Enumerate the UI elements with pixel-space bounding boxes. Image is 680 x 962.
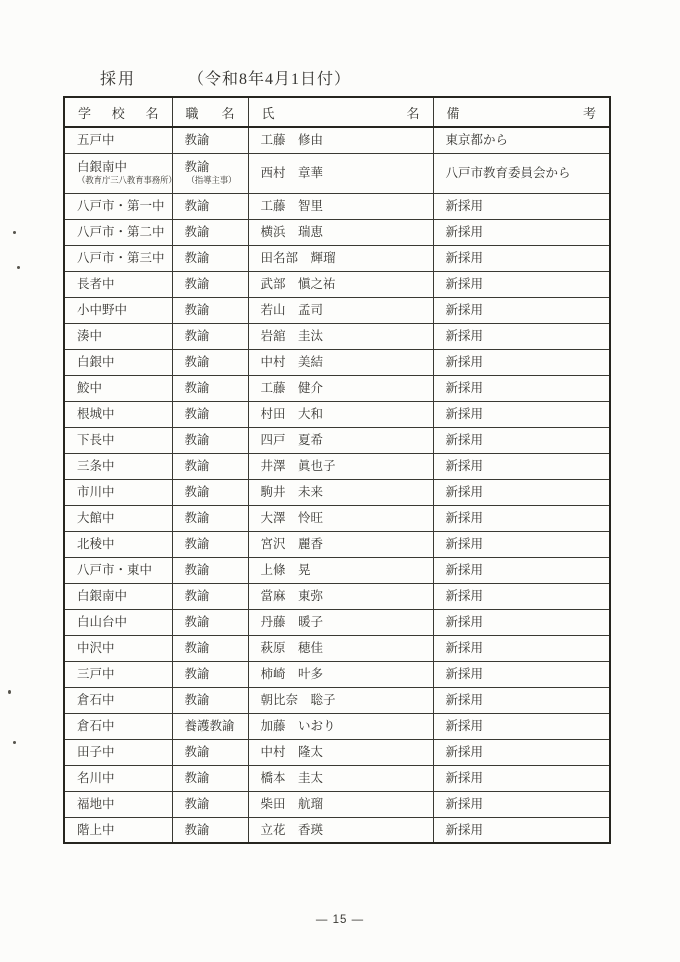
cell-remarks: 新採用 [433,297,610,323]
school-name: 白銀南中 [77,589,127,603]
cell-remarks: 新採用 [433,791,610,817]
position-title: 教諭 [185,745,210,759]
table-row: 湊中 教諭 岩舘 圭汰 新採用 [64,323,610,349]
school-name: 階上中 [77,823,115,837]
cell-remarks: 新採用 [433,349,610,375]
cell-position: 教諭 [172,505,248,531]
person-name: 上條 晃 [261,563,311,577]
remark-text: 新採用 [446,407,484,421]
cell-school: 福地中 [64,791,172,817]
remark-text: 新採用 [446,433,484,447]
school-name: 倉石中 [77,693,115,707]
school-name: 北稜中 [77,537,115,551]
cell-position: 教諭 [172,739,248,765]
cell-position: 教諭 [172,297,248,323]
cell-name: 村田 大和 [248,401,433,427]
remark-text: 新採用 [446,823,484,837]
position-title: 教諭 [185,797,210,811]
cell-school: 白銀中 [64,349,172,375]
table-row: 八戸市・第三中 教諭 田名部 輝瑠 新採用 [64,245,610,271]
cell-remarks: 新採用 [433,557,610,583]
cell-remarks: 新採用 [433,375,610,401]
document-page: 採用（令和8年4月1日付） 学 校 名 職 名 氏 名 備 考 五戸中 教諭 工… [0,0,680,962]
cell-remarks: 新採用 [433,739,610,765]
cell-position: 教諭 [172,427,248,453]
cell-school: 根城中 [64,401,172,427]
person-name: 大澤 怜旺 [261,511,324,525]
position-title: 教諭 [185,615,210,629]
table-row: 五戸中 教諭 工藤 修由 東京都から [64,127,610,153]
cell-remarks: 新採用 [433,635,610,661]
cell-school: 名川中 [64,765,172,791]
cell-school: 階上中 [64,817,172,843]
cell-school: 下長中 [64,427,172,453]
table-row: 小中野中 教諭 若山 孟司 新採用 [64,297,610,323]
remark-text: 新採用 [446,797,484,811]
cell-position: 教諭 [172,193,248,219]
remark-text: 新採用 [446,667,484,681]
school-name: 白銀南中 [77,160,127,174]
cell-school: 倉石中 [64,687,172,713]
school-name: 長者中 [77,277,115,291]
cell-name: 横浜 瑞恵 [248,219,433,245]
cell-name: 工藤 智里 [248,193,433,219]
cell-position: 教諭 [172,609,248,635]
position-title: 教諭 [185,511,210,525]
table-row: 田子中 教諭 中村 隆太 新採用 [64,739,610,765]
position-title: 教諭 [185,277,210,291]
remark-text: 新採用 [446,771,484,785]
table-row: 八戸市・第一中 教諭 工藤 智里 新採用 [64,193,610,219]
header-row: 学 校 名 職 名 氏 名 備 考 [64,97,610,127]
table-row: 八戸市・第二中 教諭 横浜 瑞恵 新採用 [64,219,610,245]
section-title: 採用（令和8年4月1日付） [100,66,351,89]
school-name: 三戸中 [77,667,115,681]
person-name: 田名部 輝瑠 [261,251,336,265]
cell-school: 五戸中 [64,127,172,153]
table-row: 福地中 教諭 柴田 航瑠 新採用 [64,791,610,817]
person-name: 西村 章華 [261,166,324,180]
cell-name: 工藤 健介 [248,375,433,401]
person-name: 當麻 東弥 [261,589,324,603]
position-title: 教諭 [185,407,210,421]
cell-position: 教諭 [172,661,248,687]
school-name: 八戸市・第二中 [77,225,165,239]
header-remarks: 備 考 [433,97,610,127]
header-position: 職 名 [172,97,248,127]
position-title: 教諭 [185,667,210,681]
cell-school: 白銀南中 [64,583,172,609]
cell-name: 橋本 圭太 [248,765,433,791]
table-row: 北稜中 教諭 宮沢 麗香 新採用 [64,531,610,557]
person-name: 萩原 穂佳 [261,641,324,655]
school-name: 白山台中 [77,615,127,629]
cell-name: 田名部 輝瑠 [248,245,433,271]
person-name: 工藤 健介 [261,381,324,395]
cell-position: 教諭 [172,349,248,375]
cell-name: 駒井 未来 [248,479,433,505]
cell-school: 北稜中 [64,531,172,557]
table-row: 鮫中 教諭 工藤 健介 新採用 [64,375,610,401]
position-title: 教諭 [185,563,210,577]
cell-name: 萩原 穂佳 [248,635,433,661]
person-name: 中村 隆太 [261,745,324,759]
cell-remarks: 新採用 [433,219,610,245]
remark-text: 新採用 [446,641,484,655]
cell-school: 大館中 [64,505,172,531]
cell-remarks: 新採用 [433,271,610,297]
person-name: 宮沢 麗香 [261,537,324,551]
cell-name: 中村 美結 [248,349,433,375]
cell-position: 教諭 [172,765,248,791]
cell-school: 湊中 [64,323,172,349]
school-name: 八戸市・東中 [77,563,152,577]
cell-remarks: 新採用 [433,609,610,635]
person-name: 橋本 圭太 [261,771,324,785]
cell-position: 教諭 [172,127,248,153]
school-name: 田子中 [77,745,115,759]
cell-school: 八戸市・第二中 [64,219,172,245]
person-name: 柴田 航瑠 [261,797,324,811]
table-row: 中沢中 教諭 萩原 穂佳 新採用 [64,635,610,661]
position-title: 教諭 [185,225,210,239]
cell-name: 宮沢 麗香 [248,531,433,557]
remark-text: 新採用 [446,329,484,343]
remark-text: 新採用 [446,355,484,369]
cell-position: 教諭 [172,271,248,297]
table-row: 倉石中 教諭 朝比奈 聡子 新採用 [64,687,610,713]
cell-remarks: 新採用 [433,245,610,271]
remark-text: 新採用 [446,459,484,473]
person-name: 工藤 智里 [261,199,324,213]
position-title: 教諭 [185,133,210,147]
title-text: 採用 [100,71,136,88]
school-name: 三条中 [77,459,115,473]
header-name: 氏 名 [248,97,433,127]
cell-school: 八戸市・第一中 [64,193,172,219]
position-title: 教諭 [185,823,210,837]
remark-text: 新採用 [446,485,484,499]
cell-remarks: 新採用 [433,687,610,713]
remark-text: 新採用 [446,251,484,265]
scan-artifact [13,741,16,744]
remark-text: 新採用 [446,511,484,525]
person-name: 武部 愼之祐 [261,277,336,291]
cell-position: 教諭 [172,557,248,583]
cell-name: 丹藤 暖子 [248,609,433,635]
table-row: 大館中 教諭 大澤 怜旺 新採用 [64,505,610,531]
cell-school: 八戸市・東中 [64,557,172,583]
remark-text: 新採用 [446,615,484,629]
remark-text: 新採用 [446,537,484,551]
cell-position: 教諭 [172,687,248,713]
person-name: 丹藤 暖子 [261,615,324,629]
cell-position: 教諭 [172,401,248,427]
remark-text: 新採用 [446,199,484,213]
position-title: 教諭 [185,771,210,785]
cell-remarks: 新採用 [433,479,610,505]
person-name: 柿崎 叶多 [261,667,324,681]
cell-position: 教諭（指導主事） [172,153,248,193]
person-name: 立花 香瑛 [261,823,324,837]
cell-name: 大澤 怜旺 [248,505,433,531]
table-row: 名川中 教諭 橋本 圭太 新採用 [64,765,610,791]
position-title: 教諭 [185,329,210,343]
remark-text: 新採用 [446,693,484,707]
cell-school: 田子中 [64,739,172,765]
cell-school: 市川中 [64,479,172,505]
position-title: 教諭 [185,251,210,265]
school-name: 小中野中 [77,303,127,317]
position-title: 教諭 [185,641,210,655]
position-title: 教諭 [185,160,210,174]
cell-school: 三条中 [64,453,172,479]
school-name: 中沢中 [77,641,115,655]
cell-remarks: 新採用 [433,401,610,427]
cell-remarks: 東京都から [433,127,610,153]
remark-text: 新採用 [446,589,484,603]
remark-text: 東京都から [446,133,509,147]
school-name: 市川中 [77,485,115,499]
remark-text: 新採用 [446,719,484,733]
person-name: 若山 孟司 [261,303,324,317]
position-title: 養護教諭 [185,719,235,733]
remark-text: 新採用 [446,225,484,239]
cell-name: 上條 晃 [248,557,433,583]
person-name: 駒井 未来 [261,485,324,499]
cell-position: 教諭 [172,245,248,271]
table-row: 白山台中 教諭 丹藤 暖子 新採用 [64,609,610,635]
position-title: 教諭 [185,199,210,213]
cell-remarks: 新採用 [433,583,610,609]
school-name: 八戸市・第一中 [77,199,165,213]
cell-school: 白銀南中（教育庁三八教育事務所） [64,153,172,193]
cell-position: 教諭 [172,323,248,349]
table-row: 八戸市・東中 教諭 上條 晃 新採用 [64,557,610,583]
table-row: 三条中 教諭 井澤 眞也子 新採用 [64,453,610,479]
school-name: 五戸中 [77,133,115,147]
person-name: 四戸 夏希 [261,433,324,447]
position-title: 教諭 [185,433,210,447]
school-name: 湊中 [77,329,102,343]
cell-school: 三戸中 [64,661,172,687]
school-name: 鮫中 [77,381,102,395]
cell-position: 教諭 [172,817,248,843]
cell-remarks: 新採用 [433,427,610,453]
person-name: 加藤 いおり [261,719,336,733]
cell-school: 鮫中 [64,375,172,401]
position-title: 教諭 [185,537,210,551]
cell-name: 朝比奈 聡子 [248,687,433,713]
cell-name: 立花 香瑛 [248,817,433,843]
table-row: 白銀南中（教育庁三八教育事務所） 教諭（指導主事） 西村 章華 八戸市教育委員会… [64,153,610,193]
cell-name: 柿崎 叶多 [248,661,433,687]
cell-position: 養護教諭 [172,713,248,739]
school-name: 福地中 [77,797,115,811]
cell-school: 小中野中 [64,297,172,323]
school-name: 下長中 [77,433,115,447]
cell-name: 中村 隆太 [248,739,433,765]
school-name: 八戸市・第三中 [77,251,165,265]
table-row: 倉石中 養護教諭 加藤 いおり 新採用 [64,713,610,739]
cell-position: 教諭 [172,635,248,661]
date-note: （令和8年4月1日付） [188,71,351,88]
cell-remarks: 新採用 [433,661,610,687]
remark-text: 新採用 [446,563,484,577]
cell-position: 教諭 [172,479,248,505]
header-school: 学 校 名 [64,97,172,127]
person-name: 朝比奈 聡子 [261,693,336,707]
table-row: 白銀南中 教諭 當麻 東弥 新採用 [64,583,610,609]
school-name: 名川中 [77,771,115,785]
cell-position: 教諭 [172,453,248,479]
cell-remarks: 新採用 [433,531,610,557]
cell-position: 教諭 [172,219,248,245]
table-row: 白銀中 教諭 中村 美結 新採用 [64,349,610,375]
cell-remarks: 新採用 [433,765,610,791]
table-row: 市川中 教諭 駒井 未来 新採用 [64,479,610,505]
cell-position: 教諭 [172,583,248,609]
cell-remarks: 新採用 [433,505,610,531]
cell-name: 岩舘 圭汰 [248,323,433,349]
person-name: 井澤 眞也子 [261,459,336,473]
cell-name: 西村 章華 [248,153,433,193]
cell-remarks: 新採用 [433,193,610,219]
table-row: 三戸中 教諭 柿崎 叶多 新採用 [64,661,610,687]
cell-position: 教諭 [172,791,248,817]
cell-name: 柴田 航瑠 [248,791,433,817]
remark-text: 新採用 [446,745,484,759]
cell-remarks: 八戸市教育委員会から [433,153,610,193]
cell-name: 武部 愼之祐 [248,271,433,297]
cell-school: 中沢中 [64,635,172,661]
person-name: 横浜 瑞恵 [261,225,324,239]
school-name: 白銀中 [77,355,115,369]
cell-position: 教諭 [172,375,248,401]
table-row: 下長中 教諭 四戸 夏希 新採用 [64,427,610,453]
table-row: 階上中 教諭 立花 香瑛 新採用 [64,817,610,843]
person-name: 工藤 修由 [261,133,324,147]
remark-text: 八戸市教育委員会から [446,166,571,180]
position-title: 教諭 [185,381,210,395]
cell-school: 白山台中 [64,609,172,635]
school-name: 根城中 [77,407,115,421]
remark-text: 新採用 [446,277,484,291]
cell-position: 教諭 [172,531,248,557]
cell-name: 工藤 修由 [248,127,433,153]
position-title: 教諭 [185,355,210,369]
cell-school: 八戸市・第三中 [64,245,172,271]
cell-remarks: 新採用 [433,713,610,739]
school-name: 大館中 [77,511,115,525]
position-subnote: （指導主事） [187,176,248,186]
position-title: 教諭 [185,459,210,473]
cell-school: 倉石中 [64,713,172,739]
school-subnote: （教育庁三八教育事務所） [77,176,172,186]
remark-text: 新採用 [446,303,484,317]
cell-name: 四戸 夏希 [248,427,433,453]
scan-artifact [8,690,11,694]
school-name: 倉石中 [77,719,115,733]
cell-remarks: 新採用 [433,817,610,843]
position-title: 教諭 [185,589,210,603]
person-name: 中村 美結 [261,355,324,369]
scan-artifact [17,266,20,269]
person-name: 村田 大和 [261,407,324,421]
cell-remarks: 新採用 [433,453,610,479]
position-title: 教諭 [185,693,210,707]
cell-name: 井澤 眞也子 [248,453,433,479]
remark-text: 新採用 [446,381,484,395]
scan-artifact [13,231,16,234]
position-title: 教諭 [185,303,210,317]
table-row: 根城中 教諭 村田 大和 新採用 [64,401,610,427]
cell-school: 長者中 [64,271,172,297]
cell-remarks: 新採用 [433,323,610,349]
position-title: 教諭 [185,485,210,499]
page-number: — 15 — [0,914,680,926]
table-row: 長者中 教諭 武部 愼之祐 新採用 [64,271,610,297]
appointment-table: 学 校 名 職 名 氏 名 備 考 五戸中 教諭 工藤 修由 東京都から 白銀南… [63,96,611,844]
cell-name: 加藤 いおり [248,713,433,739]
cell-name: 若山 孟司 [248,297,433,323]
cell-name: 當麻 東弥 [248,583,433,609]
person-name: 岩舘 圭汰 [261,329,324,343]
